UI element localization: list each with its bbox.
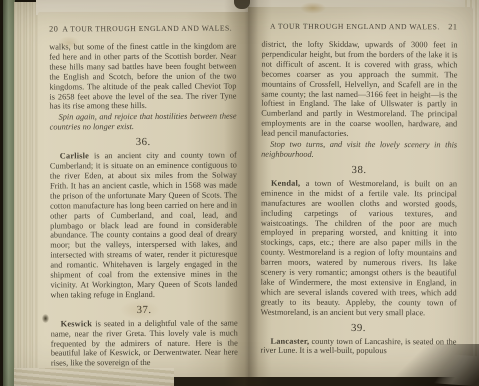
page-edges-bottom: [14, 368, 174, 386]
section-body-carlisle: is an ancient city and county town of Cu…: [50, 151, 238, 300]
left-running-title: A TOUR THROUGH ENGLAND AND WALES.: [58, 24, 236, 34]
section-paragraph-keswick: Keswick is seated in a delightful vale o…: [51, 318, 238, 369]
left-page: 20 A TOUR THROUGH ENGLAND AND WALES. wal…: [49, 24, 238, 369]
left-page-header: 20 A TOUR THROUGH ENGLAND AND WALES.: [49, 24, 236, 34]
right-continuation-paragraph: district, the lofty Skiddaw, upwards of …: [261, 40, 457, 140]
section-heading-39: 39.: [260, 321, 456, 334]
section-heading-38: 38.: [261, 164, 457, 177]
section-body-kendal: a town of Westmoreland, is built on an e…: [261, 179, 457, 317]
section-heading-36: 36.: [50, 136, 237, 149]
right-page-header: A TOUR THROUGH ENGLAND AND WALES. 21: [262, 22, 458, 32]
section-lead-carlisle: Carlisle: [60, 151, 89, 160]
section-lead-lancaster: Lancaster,: [270, 336, 309, 345]
right-italic-note: Stop two turns, and visit the lovely sce…: [261, 140, 457, 160]
section-paragraph-kendal: Kendal, a town of Westmoreland, is built…: [261, 179, 457, 318]
section-lead-kendal: Kendal,: [271, 179, 300, 188]
right-running-title: A TOUR THROUGH ENGLAND AND WALES.: [262, 22, 449, 32]
section-lead-keswick: Keswick: [61, 319, 92, 328]
right-page-number: 21: [448, 22, 457, 31]
right-page: A TOUR THROUGH ENGLAND AND WALES. 21 dis…: [260, 22, 457, 357]
gutter-shadow: [224, 0, 272, 386]
book-photo: 20 A TOUR THROUGH ENGLAND AND WALES. wal…: [0, 0, 479, 386]
left-page-number: 20: [49, 24, 58, 33]
corner-curl-shadow: [349, 344, 479, 386]
left-italic-note: Spin again, and rejoice that hostilities…: [50, 112, 237, 133]
section-heading-37: 37.: [51, 303, 238, 316]
section-paragraph-carlisle: Carlisle is an ancient city and county t…: [50, 151, 238, 301]
left-continuation-paragraph: walks, but some of the finest cattle in …: [49, 42, 236, 112]
